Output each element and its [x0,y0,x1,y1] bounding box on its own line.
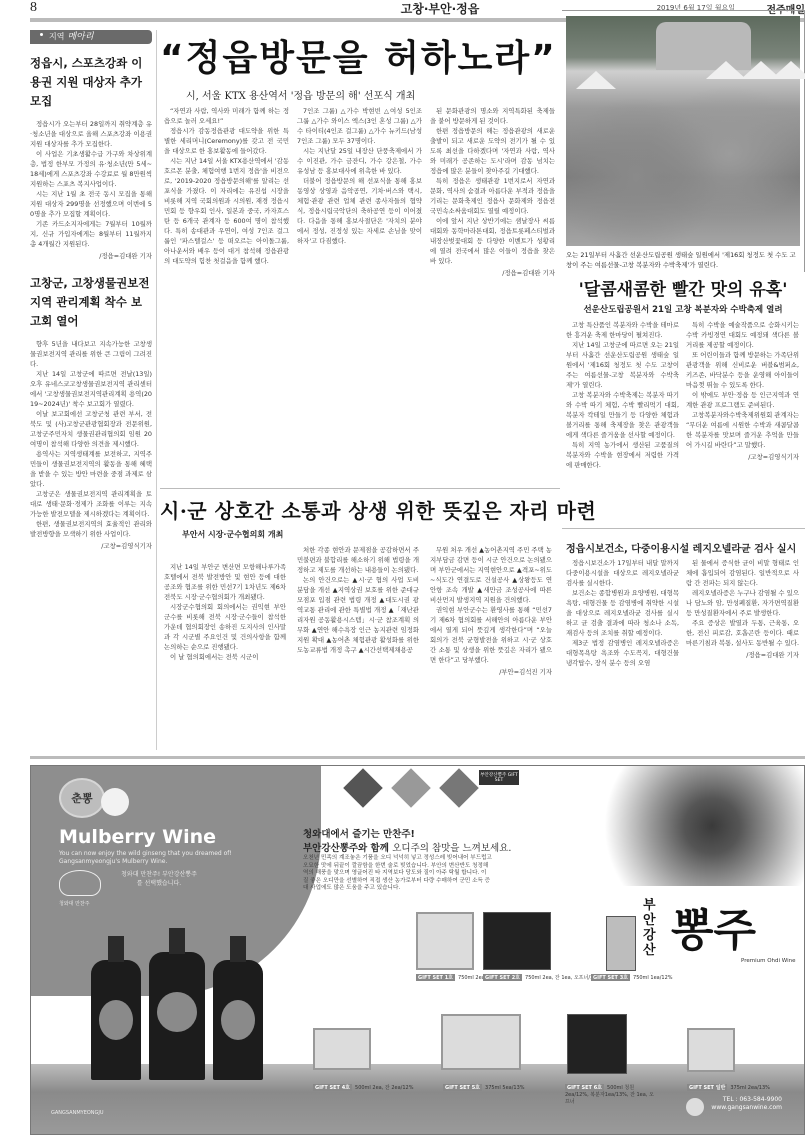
festival-photo[interactable] [566,16,800,246]
tent-shape [771,61,805,79]
middle-column-3: 무원 처우 개선 ▲농어촌지역 주민 주택 농지부담금 감면 등이 시군 안건으… [430,545,552,677]
ad-english-title: Mulberry Wine [59,826,216,848]
brush-prefix: 부안강산 [643,898,663,958]
wine-bottle-image [213,960,263,1080]
lead-column-3: 된 문화관광의 명소와 지역특화된 축제들을 붙어 방문하게 된 것이다. 한편… [430,106,555,278]
brush-title: 뽕주 [671,894,756,958]
gift-set-caption: GIFT SET 2호750ml 2ea, 잔 1ea, 오프너/12% [483,974,601,981]
middle-column-1: 지난 14일 부안군 변산면 모항해나루가족호텔에서 전북 발전방안 및 현안 … [164,562,286,662]
byline: /정읍=김대완 기자 [686,650,799,660]
feature-subheadline: 선운산도립공원서 21일 고창 복분자와 수박축제 열려 [566,303,800,315]
gift-set-1-image [416,912,474,970]
gift-set-3-image [606,916,636,971]
story-body: 정읍시가 오는부터 28일까지 취약계층 유·청소년을 대상으로 올해 스포츠강… [30,119,152,249]
ad-english-subtitle: You can now enjoy the wild ginseng that … [59,850,249,866]
story-body: 향후 5년을 내다보고 지속가능한 고창생물권보전지역 관리를 위한 큰 그림이… [30,339,152,539]
seal-text: 청와대 만찬주! 부안강산뽕주를 선택했습니다. [119,870,199,888]
lead-subheadline: 시, 서울 KTX 용산역서 '정읍 방문의 해' 선포식 개최 [186,87,415,102]
tag-label: 메아리 [67,32,93,42]
middle-headline[interactable]: 시·군 상호간 소통과 상생 위한 뜻깊은 자리 마련 [160,495,560,524]
gift-set-badge: 부안강산뽕주 GIFT SET [479,770,519,785]
feature-column-1: 고창 특산품인 복분자와 수박을 테마로 한 흥겨운 축제 한마당이 펼쳐진다.… [566,320,679,470]
ad-body: 오천년 민족의 계조놓은 기품을 오디 넉넉히 넣고 정성스레 빚어내어 부드럽… [303,855,493,893]
bullet-icon [40,33,43,36]
gift-set-4-image [313,1028,371,1070]
byline: /고창=김영식기자 [686,452,799,462]
footer-brand: GANGSANMYEONGJU [51,1110,104,1116]
gift-set-caption: GIFT SET 5호375ml 5ea/13% [443,1084,525,1091]
byline: /부안=김석진 기자 [430,667,552,677]
mulberry-wine-ad[interactable]: 춘뽕 Mulberry Wine You can now enjoy the w… [30,765,805,1135]
premium-label: Premium Ohdi Wine [741,958,796,965]
ad-headline-2: 부안강산뽕주와 함께 오디주의 참맛을 느껴보세요. [303,840,511,854]
mulberry-diamond-image [391,768,431,808]
mulberries-image [571,766,805,886]
contact-info: TEL : 063-584-9900www.gangsanwine.com [711,1096,782,1112]
feature-column-2: 특히 수박을 예술작품으로 승화시키는 수박 카빙경연 대회도 예정돼 색다른 … [686,320,799,462]
wine-bottle-image [149,952,205,1080]
mulberry-diamond-image [439,768,479,808]
mascot-icon [101,788,129,816]
ad-ground [31,1064,804,1134]
region-tag: 지역메아리 [30,30,152,44]
ad-rule [30,756,805,759]
wine-bottle-image [91,960,141,1080]
lead-column-1: “자연과 사람, 역사와 미래가 함께 하는 정읍으로 놀러 오세요!” 정읍시… [164,106,289,266]
story-headline[interactable]: 정읍시, 스포츠강좌 이용권 지원 대상자 추가 모집 [30,54,152,111]
gift-set-caption: GIFT SET 3호750ml 1ea/12% [591,974,673,981]
byline: /정읍=김대완 기자 [30,251,152,260]
story-headline[interactable]: 고창군, 고창생물권보전지역 관리계획 착수 보고회 열어 [30,274,152,331]
mulberry-diamond-image [343,768,383,808]
photo-caption: 오는 21일부터 사흘간 선운산도립공원 생태숲 일원에서 '제16회 청정도 … [566,250,800,270]
blue-house-seal-icon [59,870,101,896]
brand-logo: 춘뽕 [59,778,105,818]
page-number: 8 [30,0,37,16]
gift-set-caption: GIFT SET 4호500ml 2ea, 잔 2ea/12% [313,1084,413,1091]
middle-subheadline: 부안서 시장·군수협의회 개최 [182,529,283,540]
section-title: 고창·부안·정읍 [380,0,500,17]
column-divider [156,30,157,750]
middle-column-2: 처한 각종 현안과 문제점을 공감하면서 주민불편과 불합리를 해소하기 위해 … [297,545,419,655]
building-shape [656,22,751,70]
tag-prefix: 지역 [49,32,64,41]
byline: /정읍=김대완 기자 [430,268,555,278]
health-column-1: 정읍시보건소가 17일부터 내달 말까지 다중이용시설을 대상으로 레지오넬라균… [566,558,679,668]
left-column: 지역메아리 정읍시, 스포츠강좌 이용권 지원 대상자 추가 모집 정읍시가 오… [30,30,152,550]
company-logo-icon [686,1098,704,1116]
section-rule [562,528,805,529]
gift-set-2-image [483,912,551,970]
health-column-2: 된 물에서 증식한 균이 비말 형태로 인체에 흡입되어 감염된다. 일반적으로… [686,558,799,660]
lead-headline[interactable]: “정읍방문을 허하노라” [160,30,560,81]
gift-set-5-image [441,1014,521,1070]
gift-set-6-image [567,1014,627,1074]
section-rule [160,488,560,489]
ad-headline: 청와대에서 즐기는 만찬주! [303,826,415,840]
gift-set-basic-image [687,1028,735,1072]
seal-label: 청와대 만찬주 [59,900,90,907]
gift-set-caption: GIFT SET 일반375ml 2ea/13% [687,1084,770,1091]
lead-column-2: 7인조 그룹) △가수 박현빈 △여성 5인조 그룹 △가수 와이스 엑스(3인… [297,106,422,246]
gift-set-caption: GIFT SET 6호500ml 청원2ea/12%, 복분자1ea/13%, … [565,1084,655,1105]
tent-shape [576,71,616,89]
feature-headline[interactable]: '달콤새콤한 빨간 맛의 유혹' [566,275,800,300]
byline: /고창=김영식기자 [30,541,152,550]
health-headline[interactable]: 정읍시보건소, 다중이용시설 레지오넬라균 검사 실시 [566,540,796,555]
